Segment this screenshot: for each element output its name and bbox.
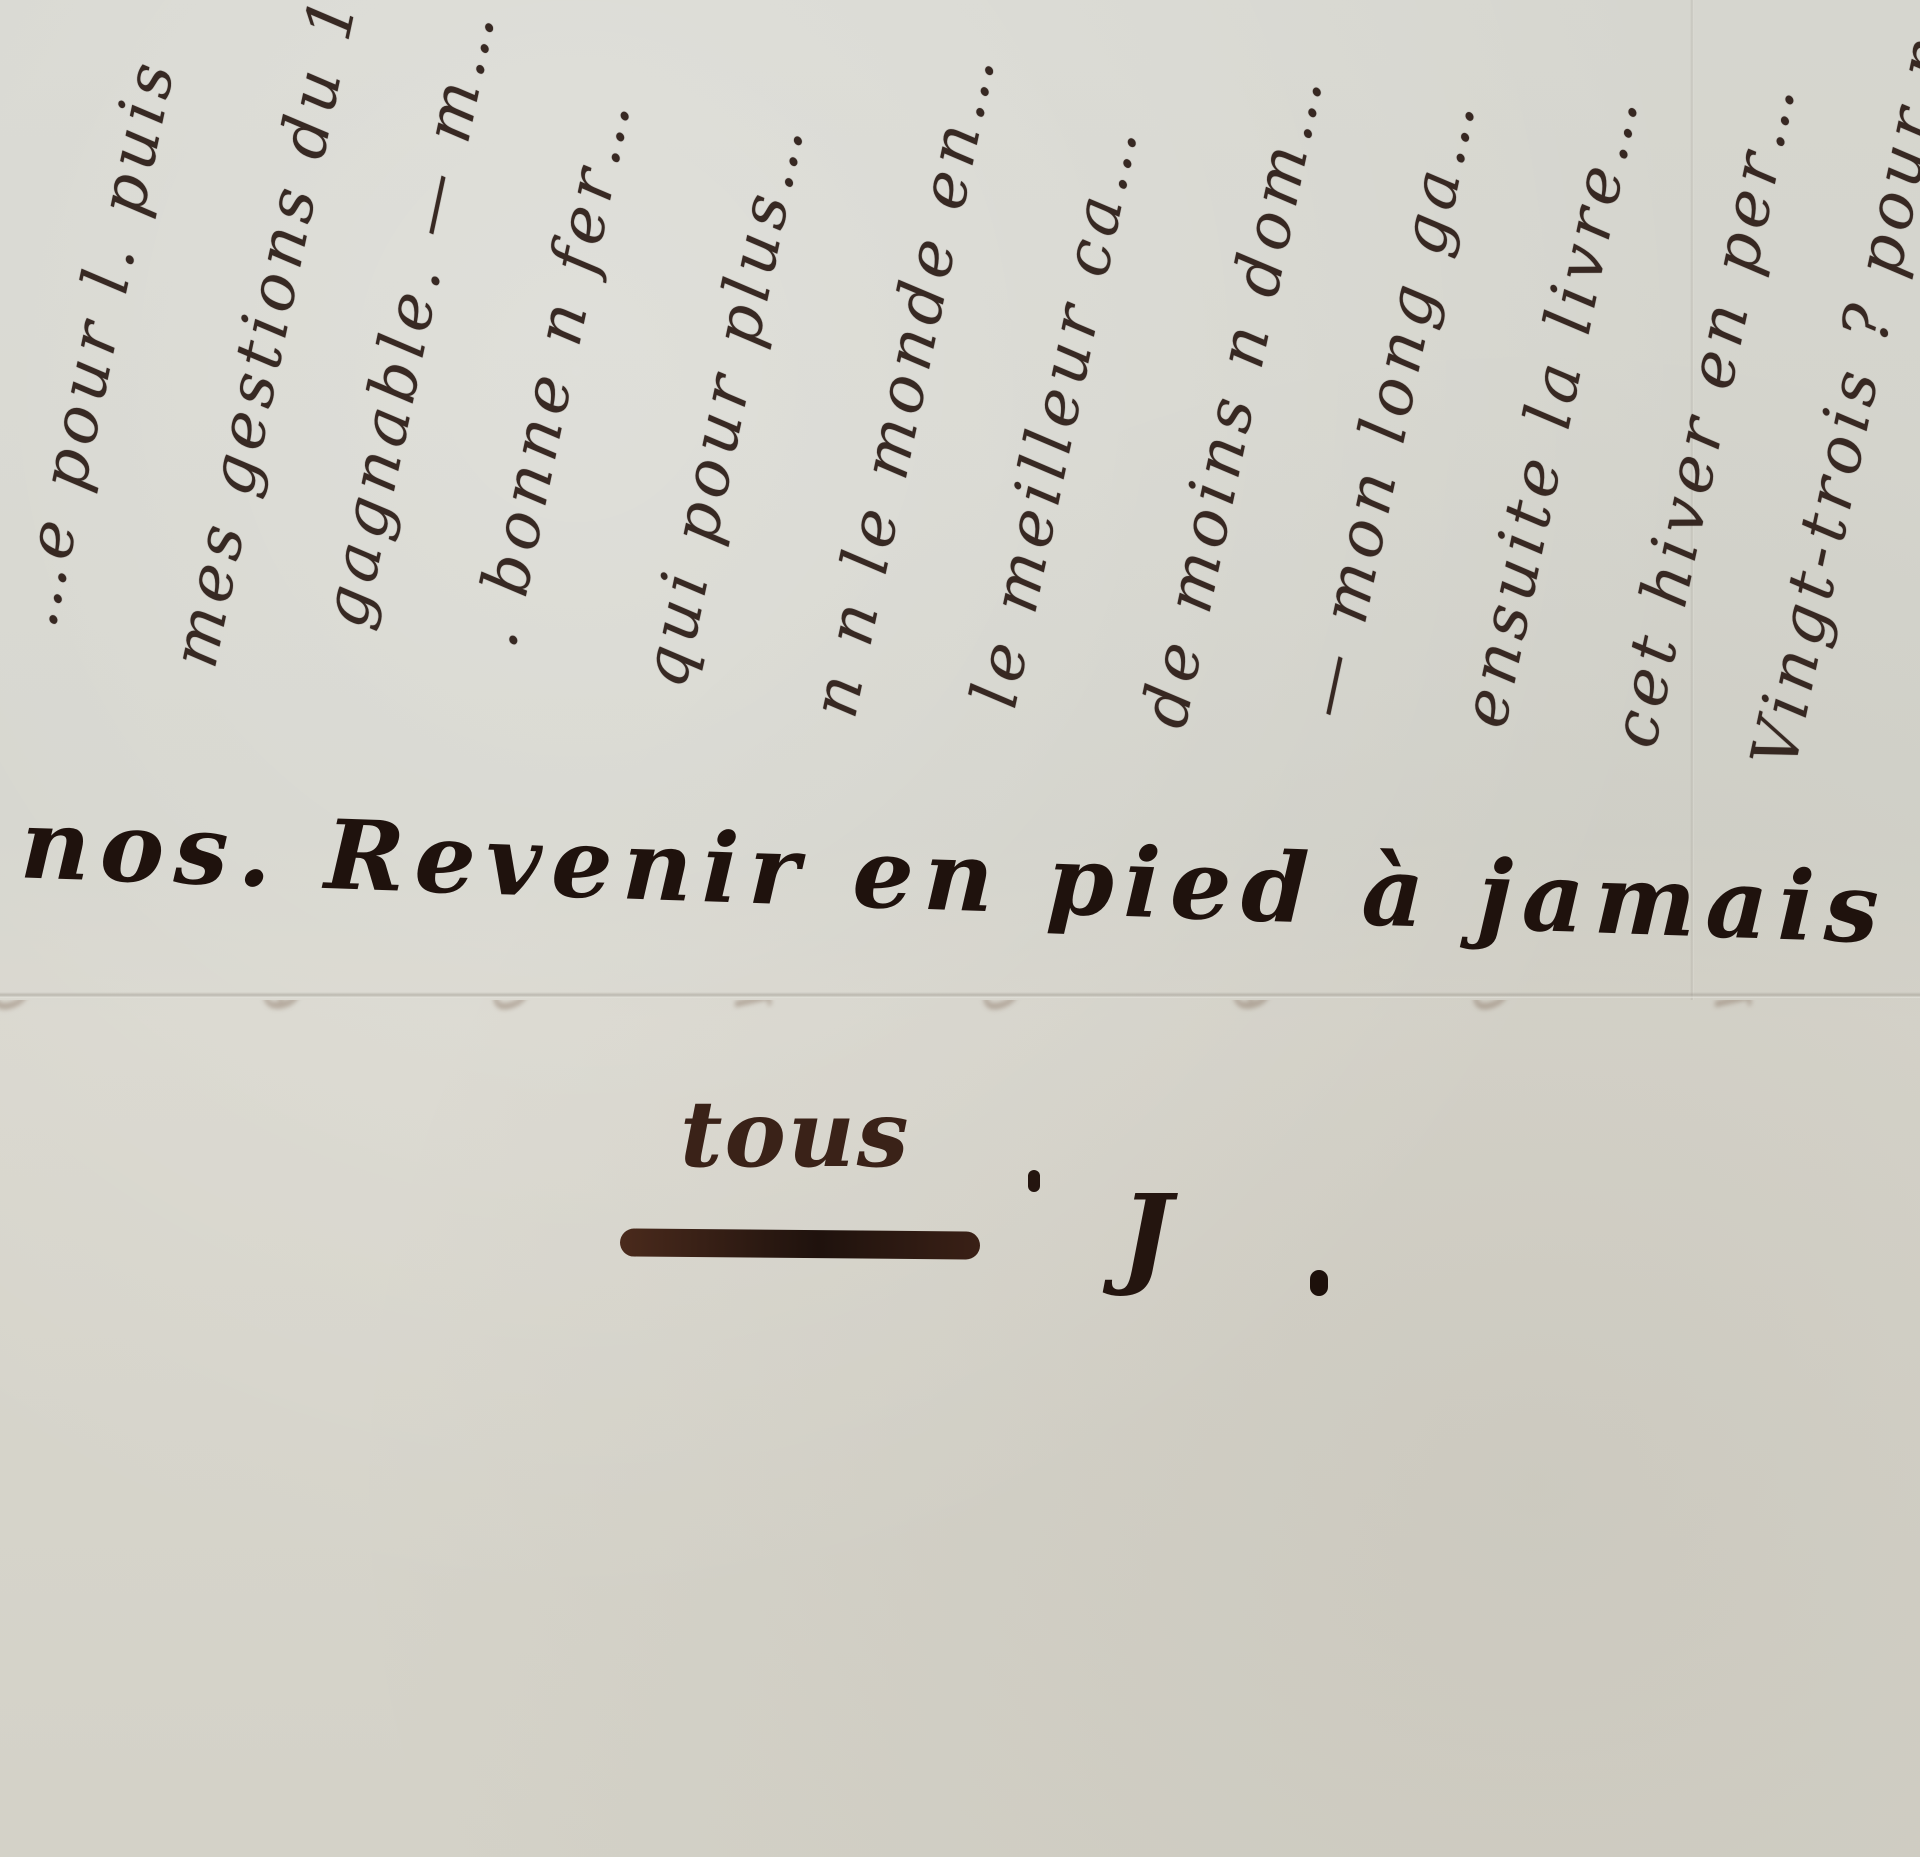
handwritten-line: …e pour l. puis [0,51,191,634]
signature-initial: J [1120,1170,1172,1299]
handwritten-line: — mon long ga… [1288,89,1492,724]
signature-underline [620,1228,980,1259]
bleed-line: r s e l u a n t i o [1669,1000,1780,1013]
signature-period [1310,1270,1328,1296]
signature-word: tous [680,1080,911,1188]
letter-body: …e pour l. puis mes gestions du 1… gagna… [0,0,1920,990]
bleed-line: a q d l 4 a d l e [0,1000,60,1013]
signature: tous J [620,1060,1380,1320]
signature-dot [1028,1170,1040,1192]
handwritten-line: . bonne n fer… [458,88,647,654]
bleed-line: a m e r a i l e n t [448,1000,560,1013]
letter-paper: a q d l 4 a d l e e u n e r i t a i a a … [0,0,1920,1857]
bleed-line: a q d l 4 a d l e [941,1000,1050,1013]
bleed-line: e u n e r i t a i a [219,1000,330,1013]
handwritten-line: qui pour plus… [628,113,821,694]
handwritten-line: le meilleur ca… [958,115,1154,714]
bleed-line: r s e l u a n t i o [689,1000,800,1013]
closing-line: nos. Revenir en pied à jamais [19,787,1891,965]
bleed-line: a m e r a i l e n t [1428,1000,1540,1013]
paper-fold [0,992,1920,998]
bleed-line: e u n e r i t a i a [1189,1000,1300,1013]
